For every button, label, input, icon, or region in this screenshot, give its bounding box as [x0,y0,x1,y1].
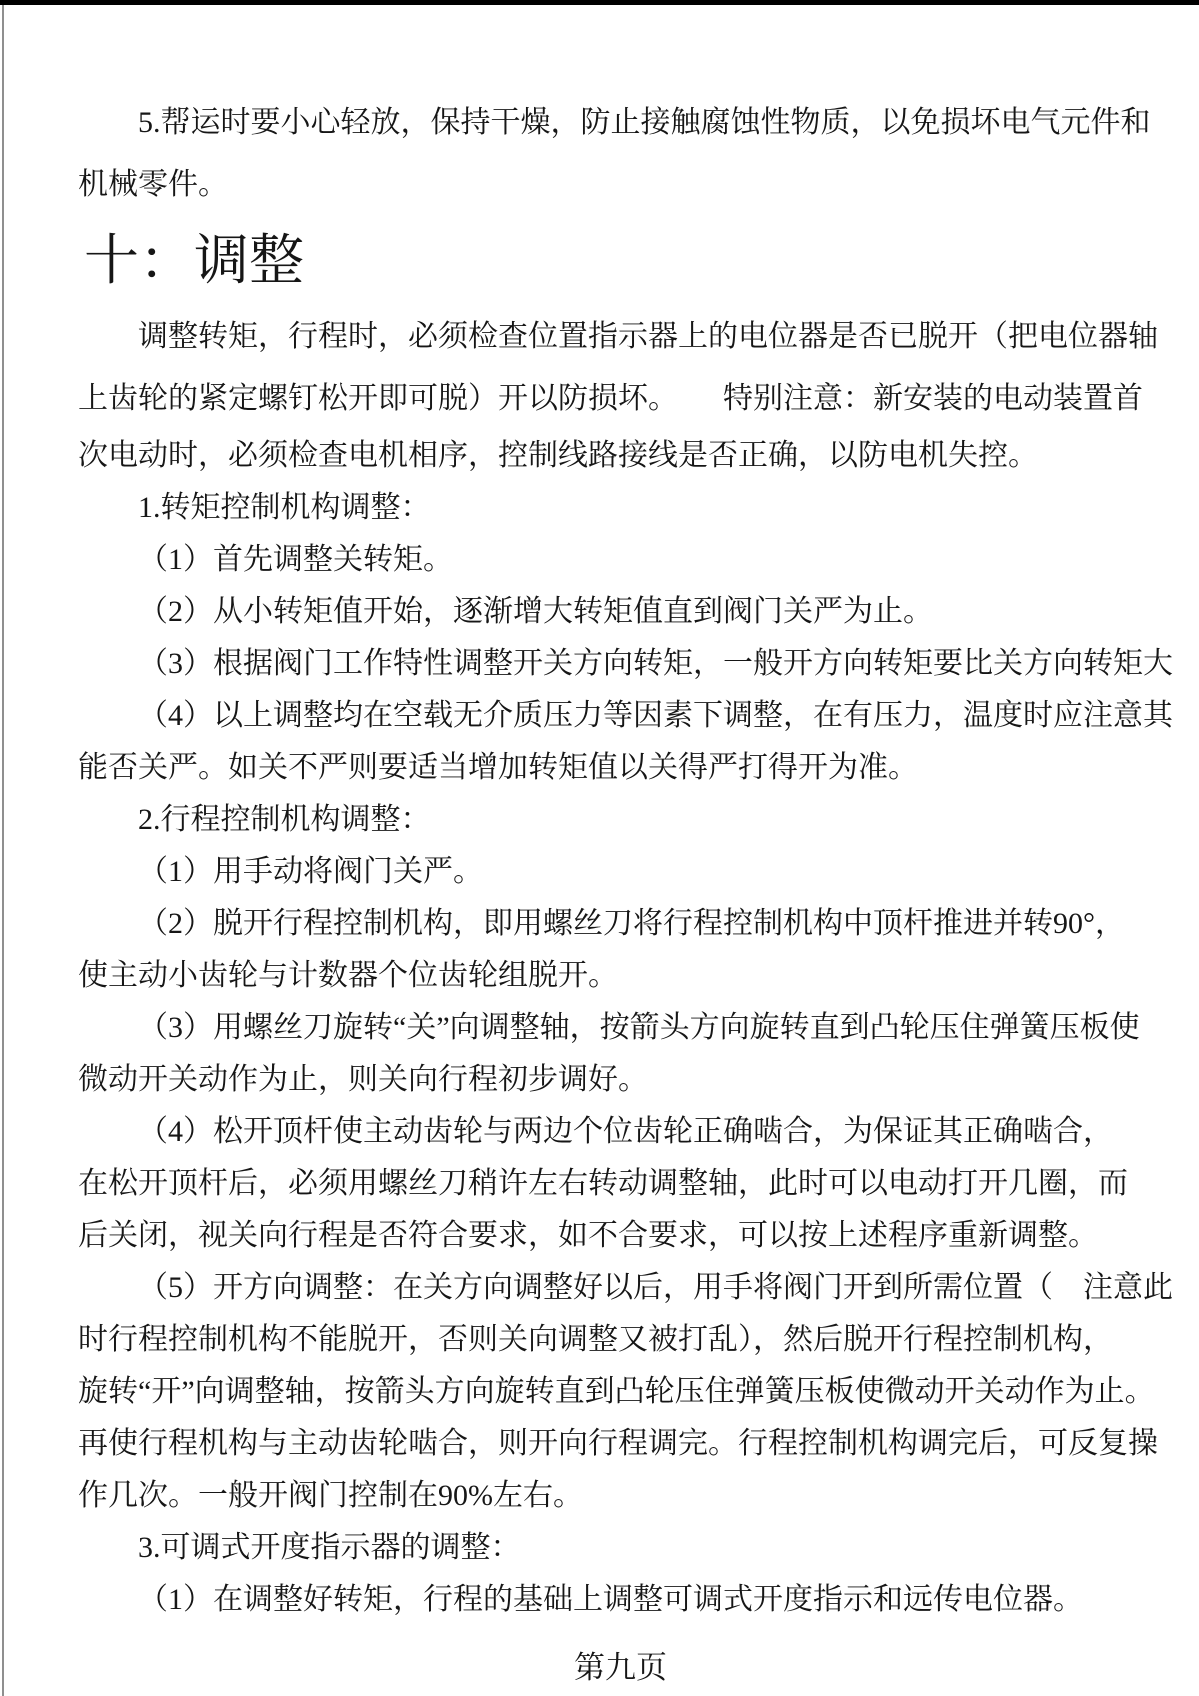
text-line: 使主动小齿轮与计数器个位齿轮组脱开。 [78,950,1163,1002]
text-line: 在松开顶杆后，必须用螺丝刀稍许左右转动调整轴，此时可以电动打开几圈，而 [78,1158,1163,1210]
text-line: 微动开关动作为止，则关向行程初步调好。 [78,1054,1163,1106]
left-border [2,5,4,1696]
text-line: （3）根据阀门工作特性调整开关方向转矩，一般开方向转矩要比关方向转矩大 [78,638,1163,690]
text-line: （2）从小转矩值开始，逐渐增大转矩值直到阀门关严为止。 [78,586,1163,638]
text-line: 时行程控制机构不能脱开，否则关向调整又被打乱），然后脱开行程控制机构， [78,1314,1163,1366]
text-line: （5）开方向调整：在关方向调整好以后，用手将阀门开到所需位置（ 注意此 [78,1262,1163,1314]
text-line: （1）首先调整关转矩。 [78,534,1163,586]
text-line: （4）以上调整均在空载无介质压力等因素下调整，在有压力，温度时应注意其 [78,690,1163,742]
text-line: 次电动时，必须检查电机相序，控制线路接线是否正确，以防电机失控。 [78,430,1163,482]
text-line: 上齿轮的紧定螺钉松开即可脱）开以防损坏。 特别注意：新安装的电动装置首 [78,368,1163,430]
text-line: （2）脱开行程控制机构，即用螺丝刀将行程控制机构中顶杆推进并转90°， [78,898,1163,950]
text-line: 2.行程控制机构调整： [78,794,1163,846]
text-line: 后关闭，视关向行程是否符合要求，如不合要求，可以按上述程序重新调整。 [78,1210,1163,1262]
document-body: 5.帮运时要小心轻放，保持干燥，防止接触腐蚀性物质，以免损坏电气元件和机械零件。… [78,92,1163,1694]
text-line: 能否关严。如关不严则要适当增加转矩值以关得严打得开为准。 [78,742,1163,794]
text-lines: 5.帮运时要小心轻放，保持干燥，防止接触腐蚀性物质，以免损坏电气元件和机械零件。… [78,92,1163,1626]
top-border [0,0,1199,5]
text-line: 3.可调式开度指示器的调整： [78,1522,1163,1574]
text-line: （3）用螺丝刀旋转“关”向调整轴，按箭头方向旋转直到凸轮压住弹簧压板使 [78,1002,1163,1054]
text-line: 5.帮运时要小心轻放，保持干燥，防止接触腐蚀性物质，以免损坏电气元件和 [78,92,1163,154]
page-number: 第九页 [78,1642,1163,1694]
text-line: （1）用手动将阀门关严。 [78,846,1163,898]
text-line: 机械零件。 [78,154,1163,216]
text-line: 旋转“开”向调整轴，按箭头方向旋转直到凸轮压住弹簧压板使微动开关动作为止。 [78,1366,1163,1418]
text-line: （4）松开顶杆使主动齿轮与两边个位齿轮正确啮合，为保证其正确啮合， [78,1106,1163,1158]
text-line: 再使行程机构与主动齿轮啮合，则开向行程调完。行程控制机构调完后，可反复操 [78,1418,1163,1470]
text-line: 作几次。一般开阀门控制在90%左右。 [78,1470,1163,1522]
text-line: （1）在调整好转矩，行程的基础上调整可调式开度指示和远传电位器。 [78,1574,1163,1626]
text-line: 1.转矩控制机构调整： [78,482,1163,534]
section-heading: 十：调整 [78,216,1163,306]
text-line: 调整转矩，行程时，必须检查位置指示器上的电位器是否已脱开（把电位器轴 [78,306,1163,368]
